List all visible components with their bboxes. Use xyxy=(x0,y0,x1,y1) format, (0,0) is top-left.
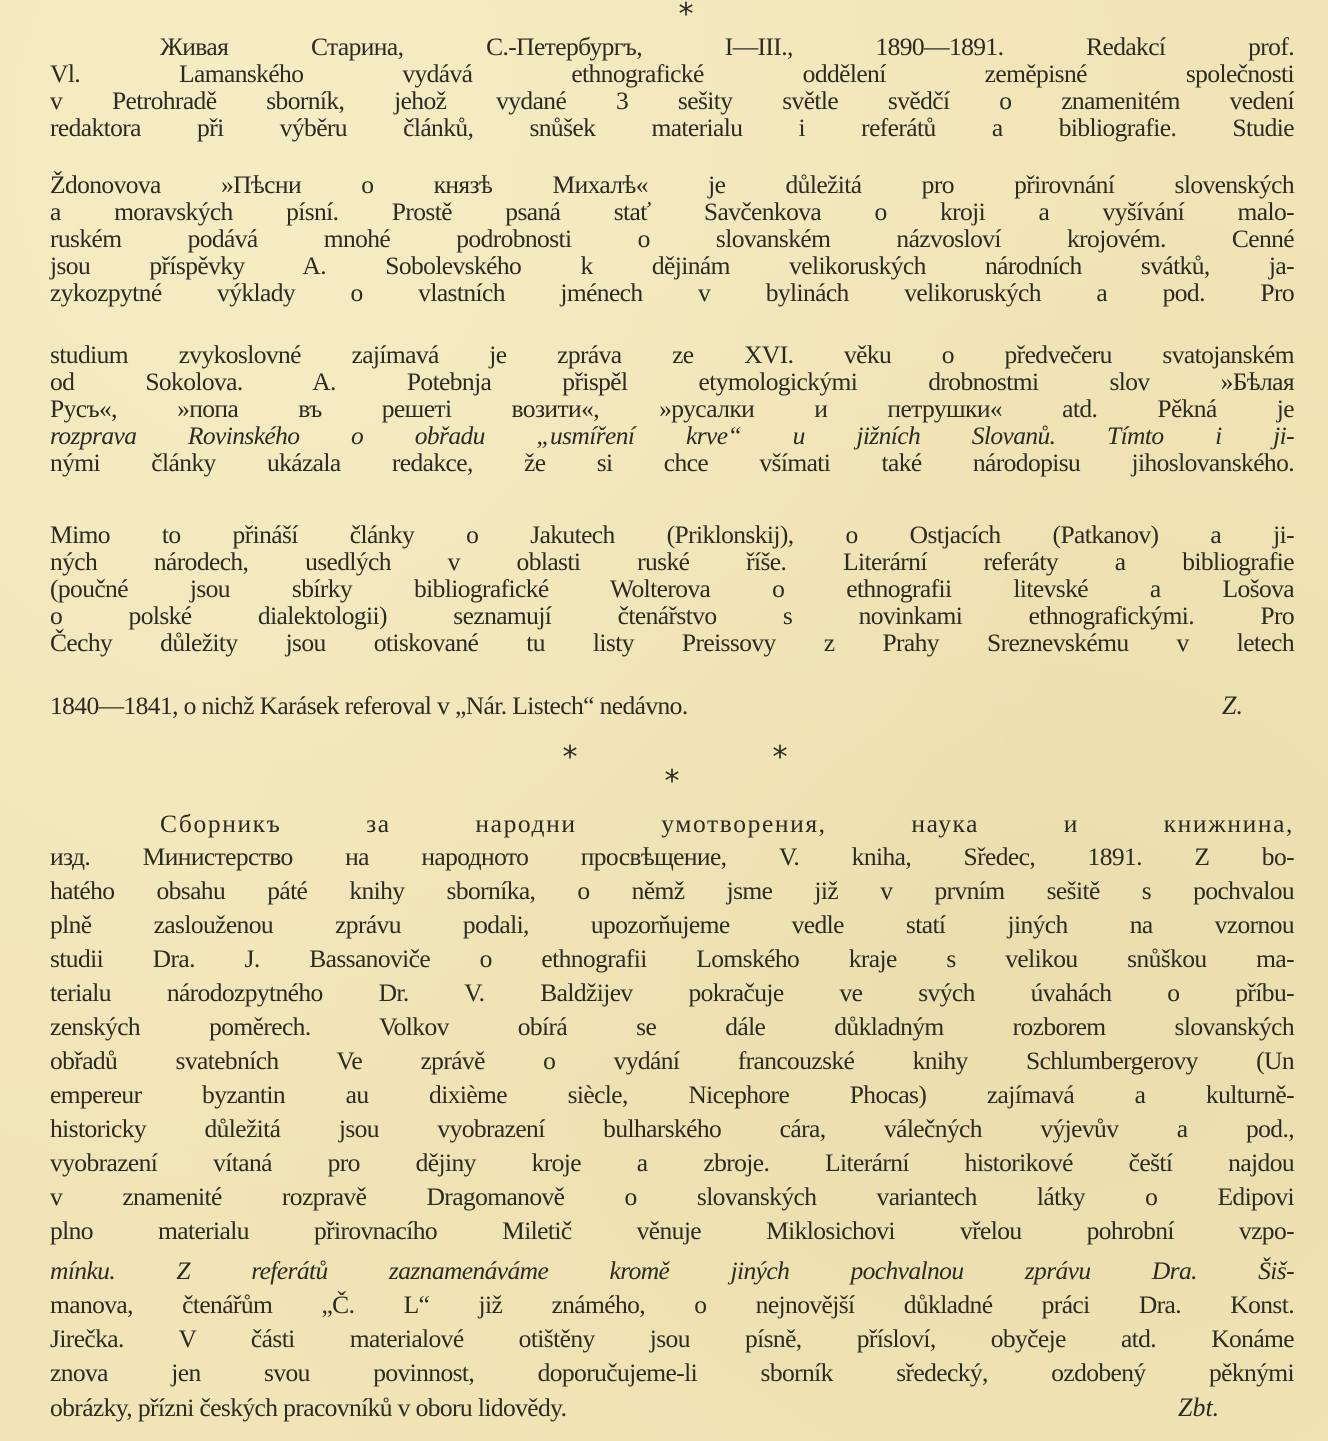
text-line: vyobrazení vítaná pro dějiny kroje a zbr… xyxy=(50,1149,1294,1176)
text-line-italic: rozprava Rovinského o obřadu „usmíření k… xyxy=(50,422,1294,449)
text-line: obřadů svatebních Ve zprávě o vydání fra… xyxy=(50,1047,1294,1074)
text-line: nými články ukázala redakce, že si chce … xyxy=(50,449,1294,476)
text-line: manova, čtenářům „Č. L“ již známého, o n… xyxy=(50,1291,1294,1318)
review-heading-line: Живая Старина, С.-Петербургъ, I—III., 18… xyxy=(160,33,1294,60)
text-line: hatého obsahu páté knihy sborníka, o něm… xyxy=(50,877,1294,904)
text-line: terialu národozpytného Dr. V. Baldžijev … xyxy=(50,979,1294,1006)
text-line: Русъ«, »попа въ решеті возити«, »русалки… xyxy=(50,395,1294,422)
text-line: (poučné jsou sbírky bibliografické Wolte… xyxy=(50,575,1294,602)
text-line: plně zaslouženou zprávu podali, upozorňu… xyxy=(50,911,1294,938)
text-line: jsou příspěvky A. Sobolevského k dějinám… xyxy=(50,252,1294,279)
section-divider-asterisk: * xyxy=(665,767,680,797)
scanned-page: * Живая Старина, С.-Петербургъ, I—III., … xyxy=(0,0,1328,1441)
text-line: Mimo to přináší články o Jakutech (Prikl… xyxy=(50,521,1294,548)
text-line-last: 1840—1841, o nichž Karásek referoval v „… xyxy=(50,692,1100,719)
text-line: Čechy důležity jsou otiskované tu listy … xyxy=(50,629,1294,656)
section-divider-asterisk: * xyxy=(563,743,578,773)
text-line: empereur byzantin au dixième siècle, Nic… xyxy=(50,1081,1294,1108)
text-line: redaktora při výběru článků, snůšek mate… xyxy=(50,114,1294,141)
text-line: studium zvykoslovné zajímavá je zpráva z… xyxy=(50,341,1294,368)
author-signature: Zbt. xyxy=(1178,1394,1219,1421)
text-line: v Petrohradě sborník, jehož vydané 3 seš… xyxy=(50,87,1294,114)
text-line: Jirečka. V části materialové otištěny js… xyxy=(50,1325,1294,1352)
text-line: o polské dialektologii) seznamují čtenář… xyxy=(50,602,1294,629)
review-heading-line: Сборникъ за народни умотворения, наука и… xyxy=(160,810,1294,837)
text-line: znova jen svou povinnost, doporučujeme-l… xyxy=(50,1359,1294,1386)
text-line: plno materialu přirovnacího Miletič věnu… xyxy=(50,1217,1294,1244)
text-line: ných národech, usedlých v oblasti ruské … xyxy=(50,548,1294,575)
text-line: zykozpytné výklady o vlastních jménech v… xyxy=(50,279,1294,306)
text-line: od Sokolova. A. Potebnja přispěl etymolo… xyxy=(50,368,1294,395)
section-divider-asterisk: * xyxy=(679,0,694,30)
text-line: Ždonovova »Пѣсни о князѣ Михалѣ« je důle… xyxy=(50,171,1294,198)
author-signature: Z. xyxy=(1222,692,1243,719)
text-line: Vl. Lamanského vydává ethnografické oddě… xyxy=(50,60,1294,87)
text-line: zenských poměrech. Volkov obírá se dále … xyxy=(50,1013,1294,1040)
section-divider-asterisk: * xyxy=(773,743,788,773)
text-line-last: obrázky, přízni českých pracovníků v obo… xyxy=(50,1394,950,1421)
text-line: изд. Министерство на народното просвѣщен… xyxy=(50,843,1294,870)
text-line: v znamenité rozpravě Dragomanově o slova… xyxy=(50,1183,1294,1210)
text-line-italic: mínku. Z referátů zaznamenáváme kromě ji… xyxy=(50,1257,1294,1284)
text-line: ruském podává mnohé podrobnosti o slovan… xyxy=(50,225,1294,252)
text-line: historicky důležitá jsou vyobrazení bulh… xyxy=(50,1115,1294,1142)
text-line: studii Dra. J. Bassanoviče o ethnografii… xyxy=(50,945,1294,972)
text-line: a moravských písní. Prostě psaná stať Sa… xyxy=(50,198,1294,225)
